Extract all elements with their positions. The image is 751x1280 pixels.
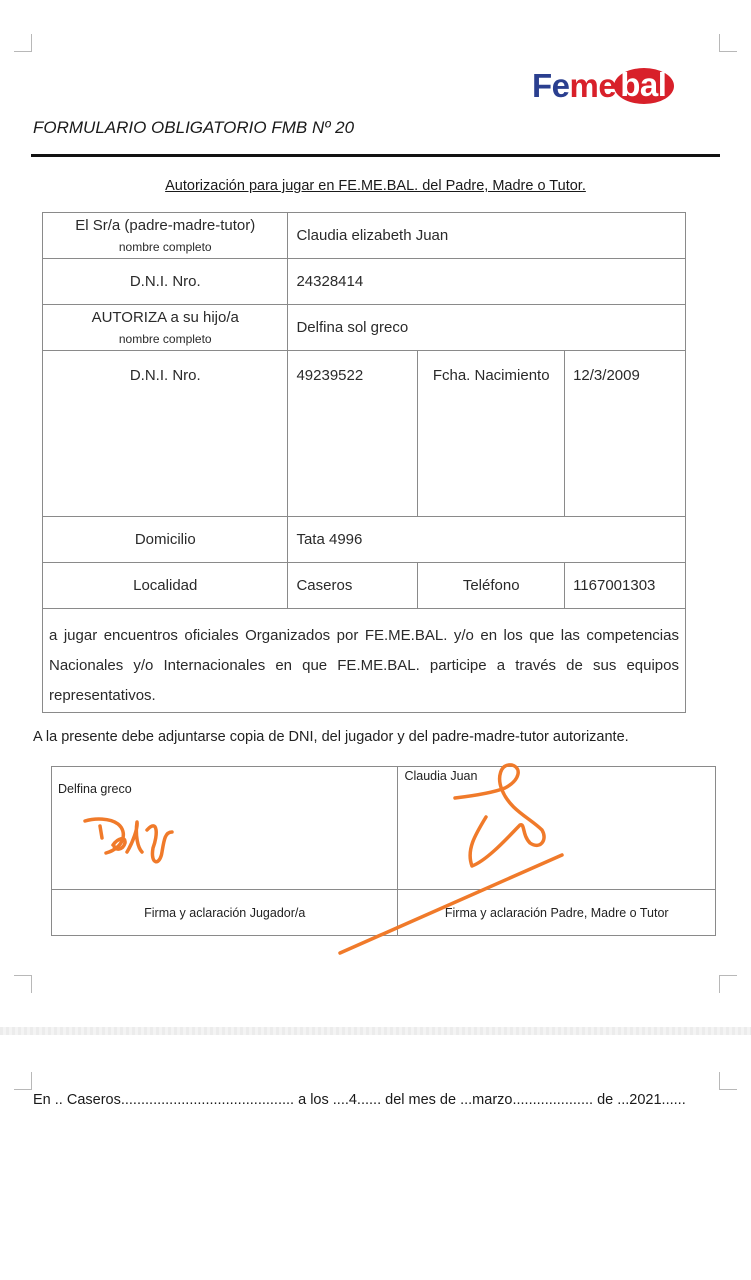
logo-part-bal: bal <box>614 68 674 104</box>
authorizes-label-cell: AUTORIZA a su hijo/a nombre completo <box>43 305 288 351</box>
guardian-label: El Sr/a (padre-madre-tutor) <box>75 217 255 234</box>
guardian-dni-label: D.N.I. Nro. <box>43 259 288 305</box>
authorization-table: El Sr/a (padre-madre-tutor) nombre compl… <box>42 212 686 609</box>
table-row: El Sr/a (padre-madre-tutor) nombre compl… <box>43 213 686 259</box>
table-row: D.N.I. Nro. 24328414 <box>43 259 686 305</box>
player-signature-box[interactable]: Delfina greco <box>52 767 398 890</box>
page-separator <box>0 1027 751 1035</box>
form-subtitle: Autorización para jugar en FE.ME.BAL. de… <box>0 178 751 194</box>
table-row: AUTORIZA a su hijo/a nombre completo Del… <box>43 305 686 351</box>
guardian-printed-name: Claudia Juan <box>404 769 477 783</box>
guardian-sublabel: nombre completo <box>43 240 287 254</box>
phone-field[interactable]: 1167001303 <box>565 563 686 609</box>
birth-date-field[interactable]: 12/3/2009 <box>565 351 686 517</box>
city-label: Localidad <box>43 563 288 609</box>
table-row: D.N.I. Nro. 49239522 Fcha. Nacimiento 12… <box>43 351 686 517</box>
player-printed-name: Delfina greco <box>58 782 132 796</box>
address-field[interactable]: Tata 4996 <box>288 517 686 563</box>
guardian-name-field[interactable]: Claudia elizabeth Juan <box>288 213 686 259</box>
player-signature-caption: Firma y aclaración Jugador/a <box>52 890 398 936</box>
logo-part-fe: Fe <box>532 67 570 105</box>
attachment-notice: A la presente debe adjuntarse copia de D… <box>33 729 629 745</box>
place-and-date-line: En .. Caseros...........................… <box>33 1092 686 1108</box>
table-row: Localidad Caseros Teléfono 1167001303 <box>43 563 686 609</box>
page-corner-mark <box>14 975 32 993</box>
city-field[interactable]: Caseros <box>288 563 418 609</box>
guardian-signature-caption: Firma y aclaración Padre, Madre o Tutor <box>398 890 716 936</box>
page-corner-mark <box>719 1072 737 1090</box>
child-dni-field[interactable]: 49239522 <box>288 351 418 517</box>
child-sublabel: nombre completo <box>43 332 287 346</box>
page-corner-mark <box>14 1072 32 1090</box>
child-name-field[interactable]: Delfina sol greco <box>288 305 686 351</box>
table-row: Domicilio Tata 4996 <box>43 517 686 563</box>
guardian-dni-field[interactable]: 24328414 <box>288 259 686 305</box>
authorization-text: a jugar encuentros oficiales Organizados… <box>42 607 686 713</box>
phone-label: Teléfono <box>418 563 565 609</box>
authorizes-label: AUTORIZA a su hijo/a <box>92 309 239 326</box>
title-divider <box>31 154 720 157</box>
femebal-logo: Femebal <box>532 64 674 108</box>
birth-date-label: Fcha. Nacimiento <box>418 351 565 517</box>
guardian-signature-box[interactable]: Claudia Juan <box>398 767 716 890</box>
signature-table: Delfina greco Claudia Juan Firma y aclar… <box>51 766 716 936</box>
logo-part-me: me <box>570 67 617 105</box>
guardian-label-cell: El Sr/a (padre-madre-tutor) nombre compl… <box>43 213 288 259</box>
child-dni-label: D.N.I. Nro. <box>43 351 288 517</box>
page-corner-mark <box>719 975 737 993</box>
form-title: FORMULARIO OBLIGATORIO FMB Nº 20 <box>33 118 354 138</box>
address-label: Domicilio <box>43 517 288 563</box>
page-corner-mark <box>14 34 32 52</box>
page-corner-mark <box>719 34 737 52</box>
